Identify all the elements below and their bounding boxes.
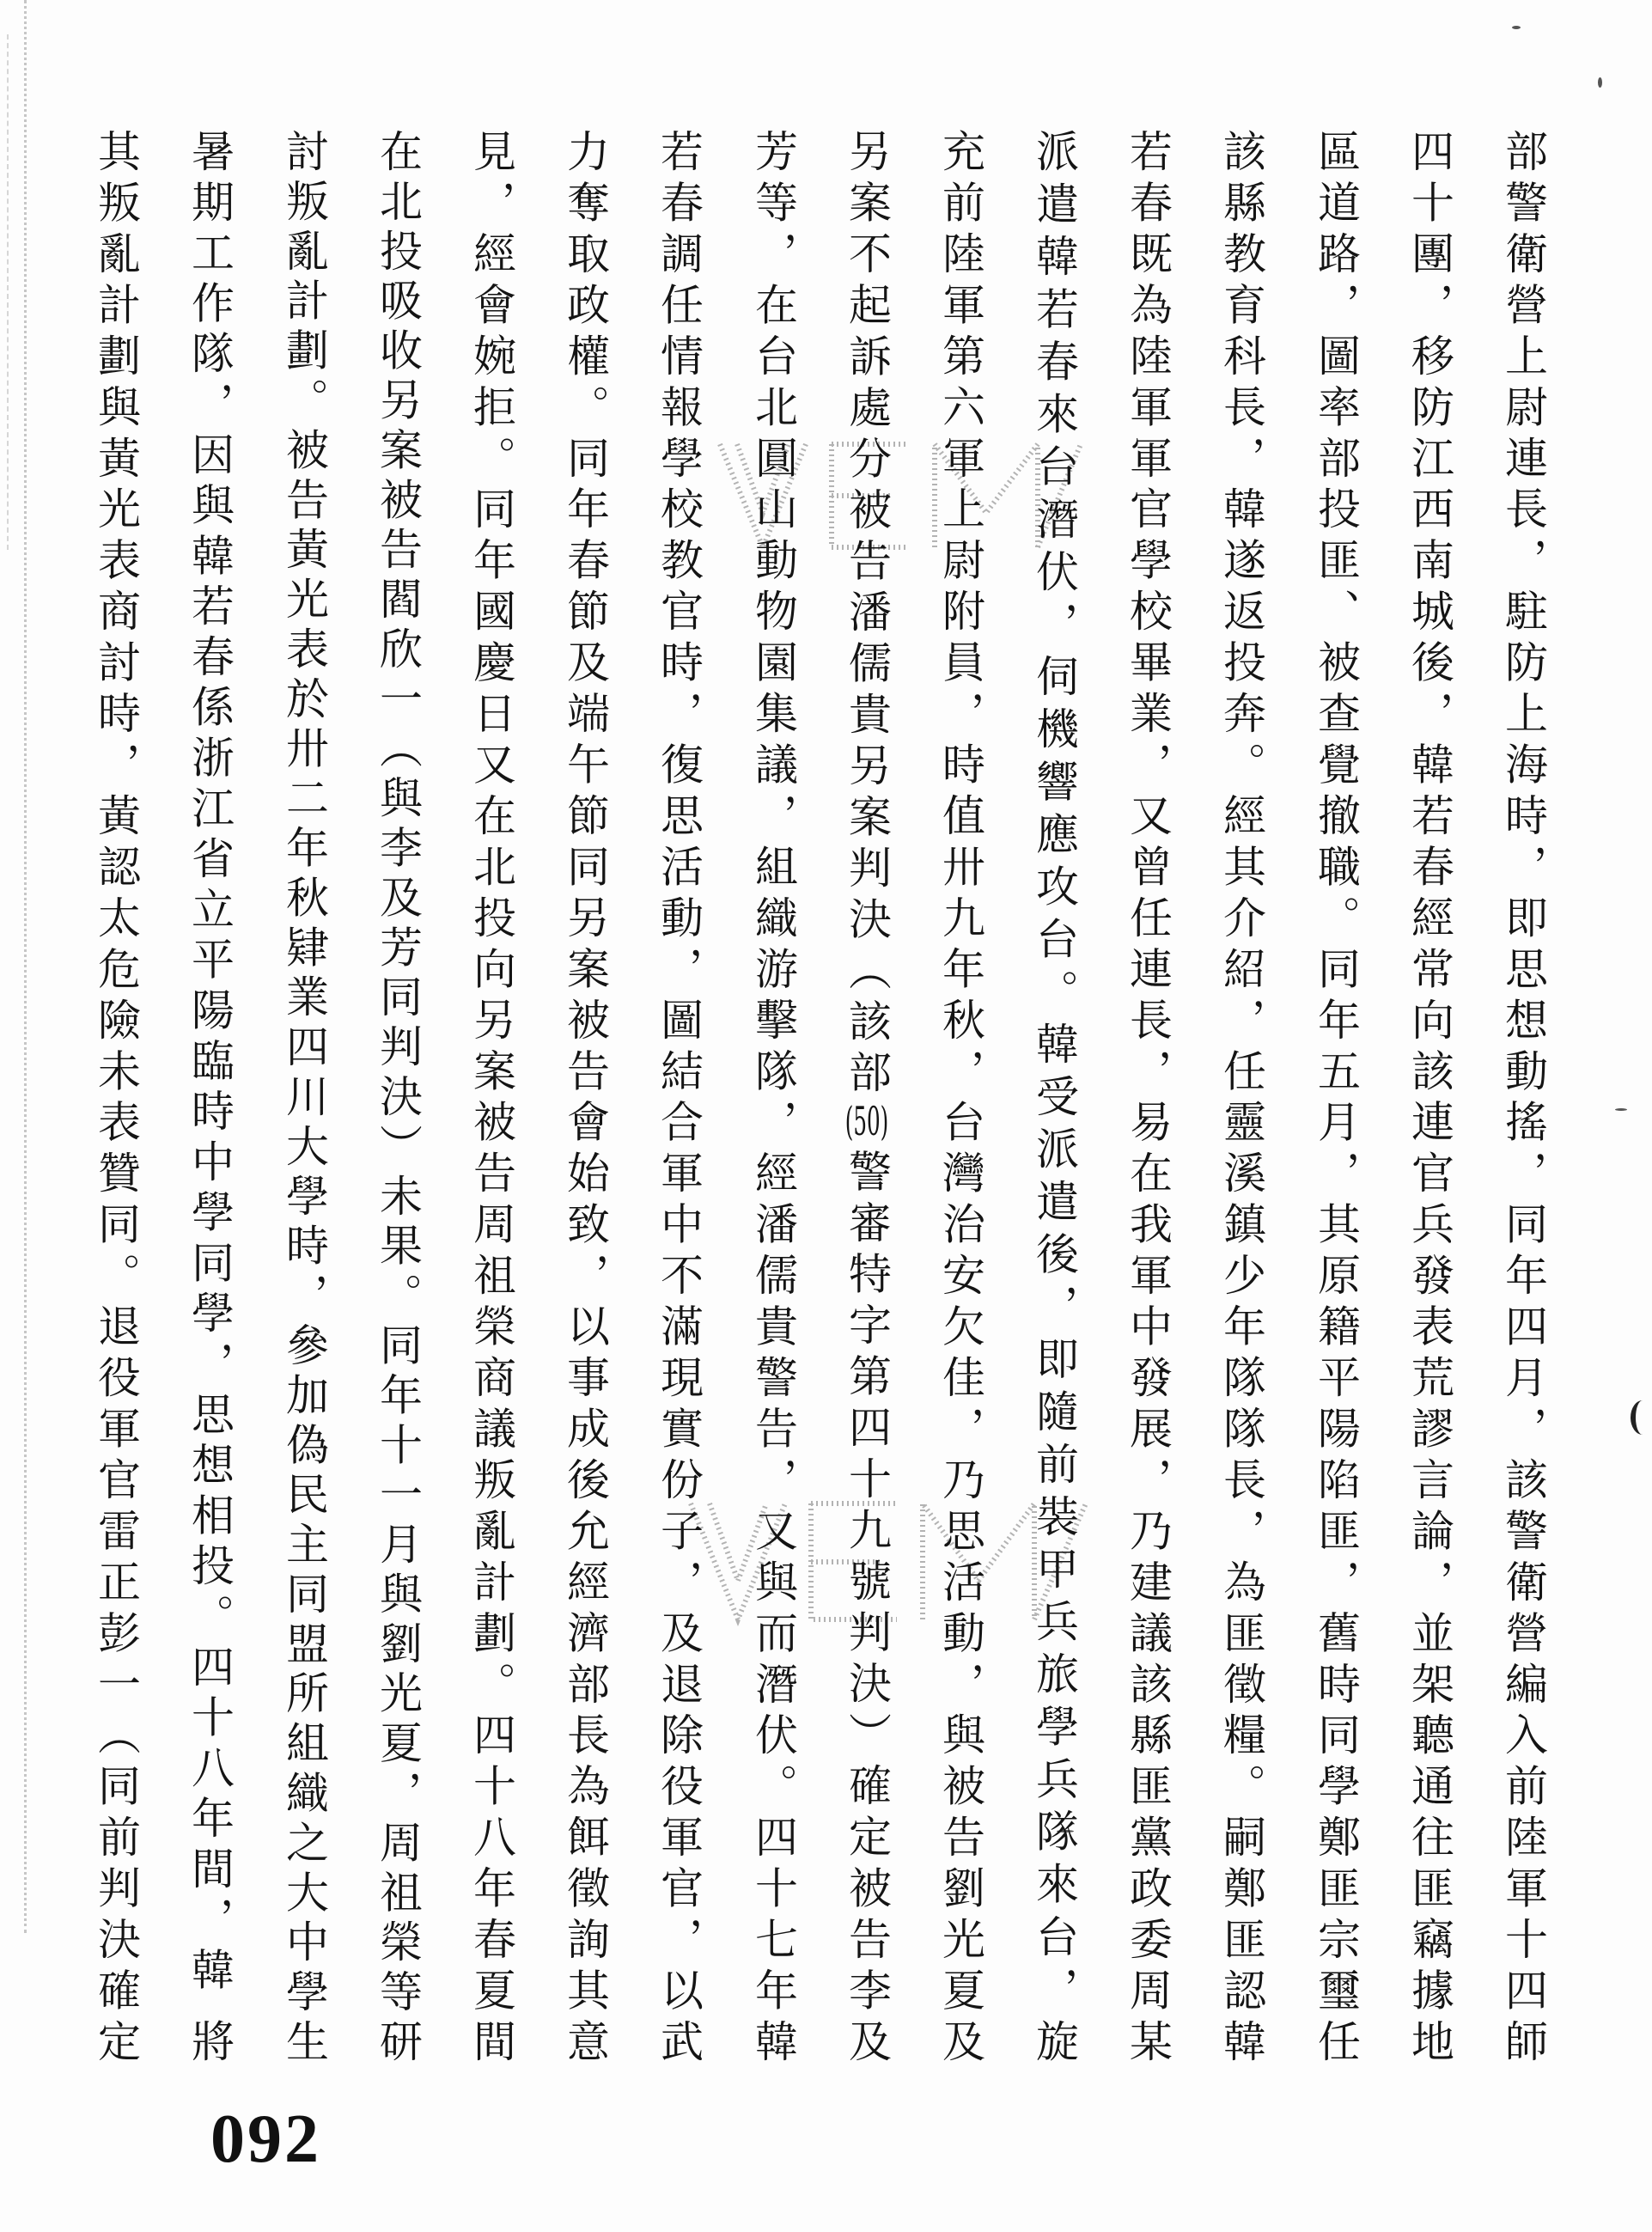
text-column-9: 芳等，在台北圓山動物園集議，組織游擊隊，經潘儒貴警告，又與而潛伏。四十七年韓 (747, 129, 799, 2062)
page-number: 092 (210, 2105, 321, 2174)
scan-edge-dashed-line (7, 34, 9, 550)
text-column-3: 區道路，圖率部投匪、被查覺撤職。同年五月，其原籍平陽陷匪，舊時同學鄭匪宗璽任 (1310, 129, 1362, 2062)
case-number-inline: (50) (844, 1101, 890, 1150)
scan-speck (1615, 1108, 1627, 1111)
column-text: 警審特字第四十九號判決）確定被告李及 (842, 1149, 892, 2062)
column-text: 討叛亂計劃。被告黃光表於卅二年秋肄業四川大學時，參加偽民主同盟所組織之大中學生 (279, 129, 329, 2062)
text-column-15: 暑期工作隊，因與韓若春係浙江省立平陽臨時中學同學，思想相投。四十八年間，韓 將 (184, 129, 235, 2062)
column-text: 若春調任情報學校教官時，復思活動，圖結合軍中不滿現實份子，及退除役軍官，以武 (654, 129, 704, 2062)
column-text: 該縣教育科長，韓遂返投奔。經其介紹，任靈溪鎮少年隊隊長，為匪徵糧。嗣鄭匪認韓 (1216, 129, 1266, 2062)
column-text: 芳等，在台北圓山動物園集議，組織游擊隊，經潘儒貴警告，又與而潛伏。四十七年韓 (748, 129, 798, 2062)
text-column-2: 四十團，移防江西南城後，韓若春經常向該連官兵發表荒謬言論，並架聽通往匪竊據地 (1404, 129, 1455, 2062)
column-text: 暑期工作隊，因與韓若春係浙江省立平陽臨時中學同學，思想相投。四十八年間，韓 將 (185, 129, 235, 2062)
text-column-16: 其叛亂計劃與黃光表商討時，黃認太危險未表贊同。退役軍官雷正彭一（同前判決確定 (90, 129, 142, 2062)
text-column-10: 若春調任情報學校教官時，復思活動，圖結合軍中不滿現實份子，及退除役軍官，以武 (653, 129, 704, 2062)
scan-edge-mark (1631, 1400, 1652, 1435)
text-column-1: 部警衛營上尉連長，駐防上海時，即思想動搖，同年四月，該警衛營編入前陸軍十四師 (1497, 129, 1549, 2062)
text-column-11: 力奪取政權。同年春節及端午節同另案被告會始致，以事成後允經濟部長為餌徵詢其意 (559, 129, 611, 2062)
column-text: 見，經會婉拒。同年國慶日又在北投向另案被告周祖榮商議叛亂計劃。四十八年春夏間 (466, 129, 516, 2062)
scan-speck (1598, 77, 1602, 88)
column-text: 四十團，移防江西南城後，韓若春經常向該連官兵發表荒謬言論，並架聽通往匪竊據地 (1405, 129, 1454, 2062)
column-text: 另案不起訴處分被告潘儒貴另案判決（該部 (842, 129, 892, 1101)
text-column-7: 充前陸軍第六軍上尉附員，時值卅九年秋，台灣治安欠佳，乃思活動，與被告劉光夏及 (935, 129, 986, 2062)
column-text: 區道路，圖率部投匪、被查覺撤職。同年五月，其原籍平陽陷匪，舊時同學鄭匪宗璽任 (1311, 129, 1361, 2062)
text-column-8: 另案不起訴處分被告潘儒貴另案判決（該部(50)警審特字第四十九號判決）確定被告李… (841, 129, 893, 2062)
text-column-6: 派遣韓若春來台潛伏，伺機響應攻台。韓受派遣後，即隨前裝甲兵旅學兵隊來台，旋 (1028, 129, 1080, 2062)
text-column-14: 討叛亂計劃。被告黃光表於卅二年秋肄業四川大學時，參加偽民主同盟所組織之大中學生 (278, 129, 330, 2062)
scanned-document-page: 部警衛營上尉連長，駐防上海時，即思想動搖，同年四月，該警衛營編入前陸軍十四師 四… (0, 0, 1652, 2232)
text-column-12: 見，經會婉拒。同年國慶日又在北投向另案被告周祖榮商議叛亂計劃。四十八年春夏間 (466, 129, 517, 2062)
column-text: 充前陸軍第六軍上尉附員，時值卅九年秋，台灣治安欠佳，乃思活動，與被告劉光夏及 (936, 129, 985, 2062)
column-text: 部警衛營上尉連長，駐防上海時，即思想動搖，同年四月，該警衛營編入前陸軍十四師 (1498, 129, 1548, 2062)
scan-edge-dotted-line (24, 0, 27, 1933)
text-column-5: 若春既為陸軍軍官學校畢業，又曾任連長，易在我軍中發展，乃建議該縣匪黨政委周某 (1122, 129, 1173, 2062)
column-text: 派遣韓若春來台潛伏，伺機響應攻台。韓受派遣後，即隨前裝甲兵旅學兵隊來台，旋 (1029, 129, 1079, 2062)
text-column-13: 在北投吸收另案被告閻欣一（與李及芳同判決）未果。同年十一月與劉光夏，周祖榮等研 (372, 129, 424, 2062)
scan-speck (1512, 26, 1521, 29)
column-text: 在北投吸收另案被告閻欣一（與李及芳同判決）未果。同年十一月與劉光夏，周祖榮等研 (373, 129, 423, 2062)
column-text: 其叛亂計劃與黃光表商討時，黃認太危險未表贊同。退役軍官雷正彭一（同前判決確定 (91, 129, 141, 2062)
column-text: 若春既為陸軍軍官學校畢業，又曾任連長，易在我軍中發展，乃建議該縣匪黨政委周某 (1123, 129, 1173, 2062)
column-text: 力奪取政權。同年春節及端午節同另案被告會始致，以事成後允經濟部長為餌徵詢其意 (560, 129, 610, 2062)
text-column-4: 該縣教育科長，韓遂返投奔。經其介紹，任靈溪鎮少年隊隊長，為匪徵糧。嗣鄭匪認韓 (1216, 129, 1267, 2062)
